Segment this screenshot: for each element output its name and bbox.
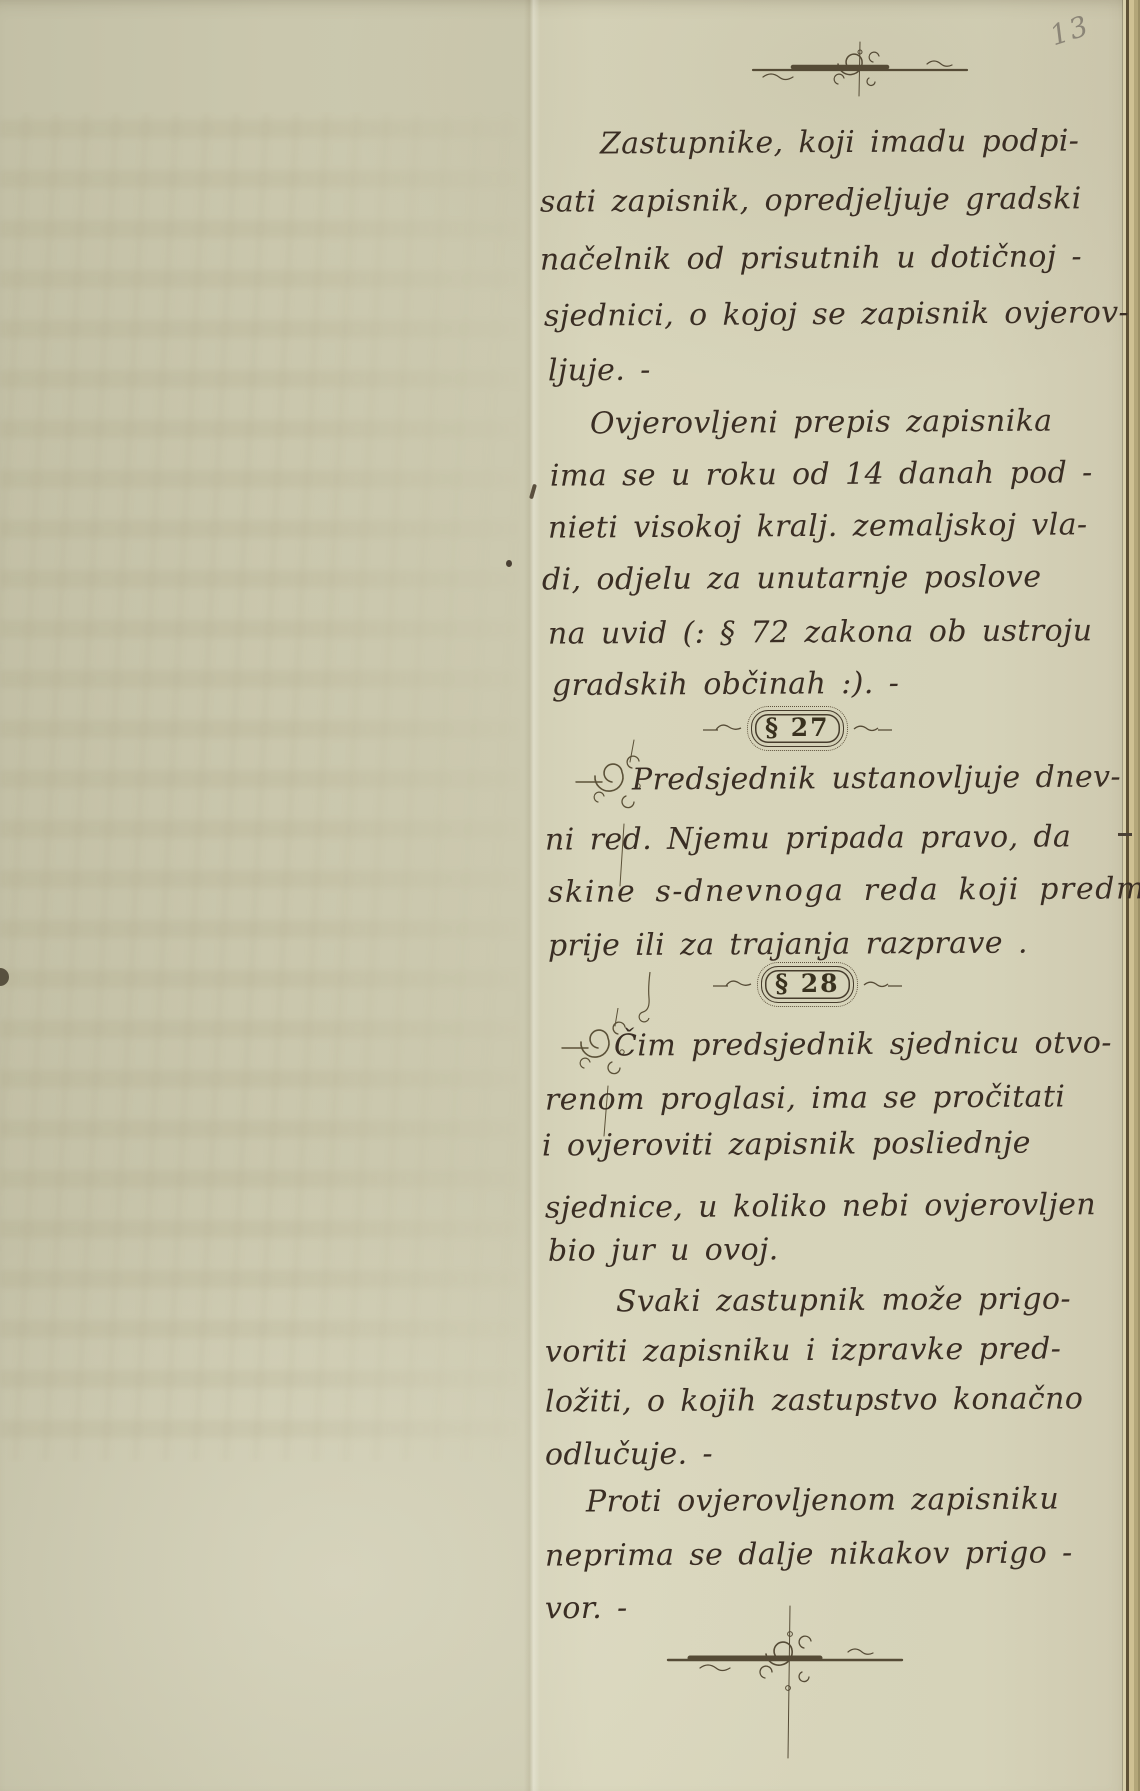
manuscript-line: skine s-dnevnoga reda koji predmet xyxy=(548,874,1140,908)
manuscript-line: Predsjednik ustanovljuje dnev- xyxy=(632,763,1121,796)
stray-ink-dot xyxy=(506,560,512,567)
cartouche-right-flourish-icon xyxy=(863,977,903,993)
manuscript-line: Ovjerovljeni prepis zapisnika xyxy=(590,407,1053,440)
verso-bleedthrough-text xyxy=(0,112,520,1462)
manuscript-line: di, odjelu za unutarnje poslove xyxy=(542,562,1042,595)
bottom-divider-flourish-icon xyxy=(660,1602,910,1762)
manuscript-line: načelnik od prisutnih u dotičnoj - xyxy=(540,242,1082,275)
manuscript-line: nieti visokoj kralj. zemaljskoj vla- xyxy=(548,510,1088,543)
page-fold-line xyxy=(524,0,540,1791)
manuscript-line: i ovjeroviti zapisnik posliednje xyxy=(542,1129,1031,1162)
page-number: 13 xyxy=(1046,9,1094,53)
manuscript-line: sjednice, u koliko nebi ovjerovljen xyxy=(545,1190,1096,1223)
manuscript-line: ložiti, o kojih zastupstvo konačno xyxy=(545,1384,1083,1417)
manuscript-line: Svaki zastupnik može prigo- xyxy=(616,1285,1071,1318)
section-28-heading: § 28 xyxy=(712,966,903,1003)
manuscript-line: gradskih občinah :). - xyxy=(552,669,899,701)
manuscript-line: sati zapisnik, opredjeljuje gradski xyxy=(540,184,1082,217)
top-divider-flourish-icon xyxy=(745,40,975,98)
manuscript-line: sjednici, o kojoj se zapisnik ovjerov- xyxy=(544,298,1129,332)
manuscript-line: Čim predsjednik sjednicu otvo- xyxy=(614,1028,1112,1061)
manuscript-line: prije ili za trajanja razprave . xyxy=(548,929,1028,962)
manuscript-line: ljuje. - xyxy=(548,356,651,387)
manuscript-line: ni red. Njemu pripada pravo, da xyxy=(545,822,1071,855)
cartouche-left-flourish-icon xyxy=(712,977,752,993)
manuscript-line: na uvid (: § 72 zakona ob ustroju xyxy=(548,616,1093,649)
paragraph-initial-flourish-icon xyxy=(574,738,666,888)
manuscript-line: voriti zapisniku i izpravke pred- xyxy=(545,1334,1061,1367)
manuscript-page: 13 Zastupnike, koji imadu podpi- sati za… xyxy=(0,0,1140,1791)
section-27-label: § 27 xyxy=(751,710,844,747)
manuscript-line: bio jur u ovoj. xyxy=(548,1235,779,1266)
manuscript-line: odlučuje. - xyxy=(545,1439,713,1470)
section-27-heading: § 27 xyxy=(702,710,893,747)
cartouche-right-flourish-icon xyxy=(853,721,893,737)
manuscript-line: Proti ovjerovljenom zapisniku xyxy=(586,1485,1059,1518)
manuscript-line: neprima se dalje nikakov prigo - xyxy=(545,1538,1073,1571)
manuscript-line: renom proglasi, ima se pročitati xyxy=(545,1082,1066,1115)
cartouche-left-flourish-icon xyxy=(702,721,742,737)
edge-ink-dash xyxy=(1118,833,1132,836)
manuscript-line: ima se u roku od 14 danah pod - xyxy=(550,458,1093,491)
section-28-label: § 28 xyxy=(761,966,854,1003)
manuscript-line: Zastupnike, koji imadu podpi- xyxy=(600,127,1079,160)
manuscript-line: vor. - xyxy=(545,1594,628,1625)
